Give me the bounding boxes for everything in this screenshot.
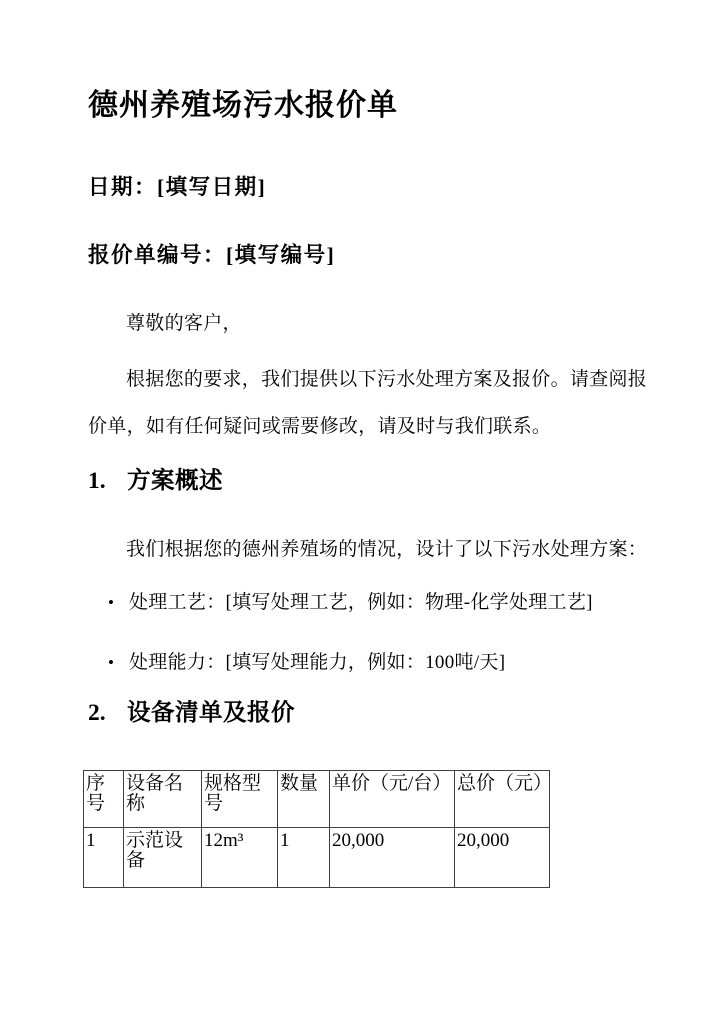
table-header-cell: 序号 [84,771,124,828]
intro-paragraph: 根据您的要求，我们提供以下污水处理方案及报价。请查阅报 价单，如有任何疑问或需要… [88,356,654,450]
section-1-title: 方案概述 [127,468,223,494]
table-header-cell: 设备名称 [124,771,202,828]
salutation: 尊敬的客户， [88,314,648,334]
section-2-title: 设备清单及报价 [127,700,295,726]
section-2-number: 2. [88,701,127,726]
table-cell: 20,000 [330,828,455,888]
date-line: 日期：[填写日期] [88,176,266,199]
quote-number-line: 报价单编号：[填写编号] [88,244,335,267]
table-header-cell: 规格型号 [202,771,278,828]
bullet-text: 处理能力：[填写处理能力，例如：100吨/天] [129,653,505,673]
table-header-cell: 总价（元） [455,771,550,828]
table-cell: 示范设备 [124,828,202,888]
document-title: 德州养殖场污水报价单 [88,90,398,122]
table-row: 1 示范设备 12m³ 1 20,000 20,000 [84,828,550,888]
section-1-heading: 1.方案概述 [88,469,223,494]
section-2-heading: 2.设备清单及报价 [88,701,295,726]
list-item: • 处理能力：[填写处理能力，例如：100吨/天] [108,653,648,673]
table-cell: 1 [84,828,124,888]
document-page: 德州养殖场污水报价单 日期：[填写日期] 报价单编号：[填写编号] 尊敬的客户，… [0,0,720,1017]
section-1-body: 我们根据您的德州养殖场的情况，设计了以下污水处理方案： [88,540,654,560]
table-header-row: 序号 设备名称 规格型号 数量 单价（元/台） 总价（元） [84,771,550,828]
bullet-icon: • [108,593,129,613]
section-1-number: 1. [88,469,127,494]
bullet-text: 处理工艺：[填写处理工艺，例如：物理-化学处理工艺] [129,593,593,613]
table-cell: 1 [278,828,330,888]
table-cell: 12m³ [202,828,278,888]
table-cell: 20,000 [455,828,550,888]
table-header-cell: 单价（元/台） [330,771,455,828]
equipment-price-table: 序号 设备名称 规格型号 数量 单价（元/台） 总价（元） 1 示范设备 12m… [83,770,550,888]
table-header-cell: 数量 [278,771,330,828]
list-item: • 处理工艺：[填写处理工艺，例如：物理-化学处理工艺] [108,593,648,613]
bullet-icon: • [108,653,129,673]
